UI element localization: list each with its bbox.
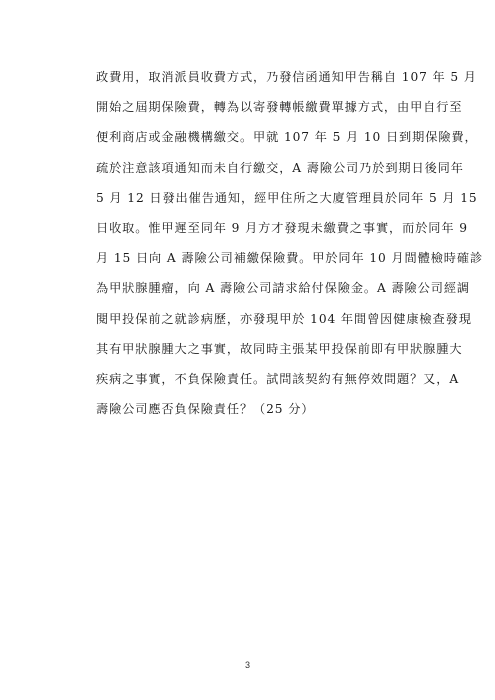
- document-page: 政費用，取消派員收費方式，乃發信函通知甲告稱自 107 年 5 月 開始之屆期保…: [0, 0, 495, 700]
- text-line: 開始之屆期保險費，轉為以寄發轉帳繳費單據方式，由甲自行至: [96, 94, 418, 124]
- page-number: 3: [0, 660, 495, 670]
- text-line: 5 月 12 日發出催告通知，經甲住所之大廈管理員於同年 5 月 15: [96, 185, 418, 215]
- question-text: 政費用，取消派員收費方式，乃發信函通知甲告稱自 107 年 5 月 開始之屆期保…: [96, 64, 418, 426]
- text-line: 日收取。惟甲遲至同年 9 月方才發現未繳費之事實，而於同年 9: [96, 215, 418, 245]
- text-line: 疾病之事實，不負保險責任。試問該契約有無停效問題？又，A: [96, 366, 418, 396]
- text-line: 壽險公司應否負保險責任？（25 分）: [96, 396, 418, 426]
- text-line: 月 15 日向 A 壽險公司補繳保險費。甲於同年 10 月間體檢時確診: [96, 245, 418, 275]
- text-line: 閱甲投保前之就診病歷，亦發現甲於 104 年間曾因健康檢查發現: [96, 306, 418, 336]
- text-line: 為甲狀腺腫瘤，向 A 壽險公司請求給付保險金。A 壽險公司經調: [96, 275, 418, 305]
- text-line: 其有甲狀腺腫大之事實，故同時主張某甲投保前即有甲狀腺腫大: [96, 336, 418, 366]
- text-line: 便利商店或金融機構繳交。甲就 107 年 5 月 10 日到期保險費，: [96, 124, 418, 154]
- text-line: 疏於注意該項通知而未自行繳交，A 壽險公司乃於到期日後同年: [96, 155, 418, 185]
- text-line: 政費用，取消派員收費方式，乃發信函通知甲告稱自 107 年 5 月: [96, 64, 418, 94]
